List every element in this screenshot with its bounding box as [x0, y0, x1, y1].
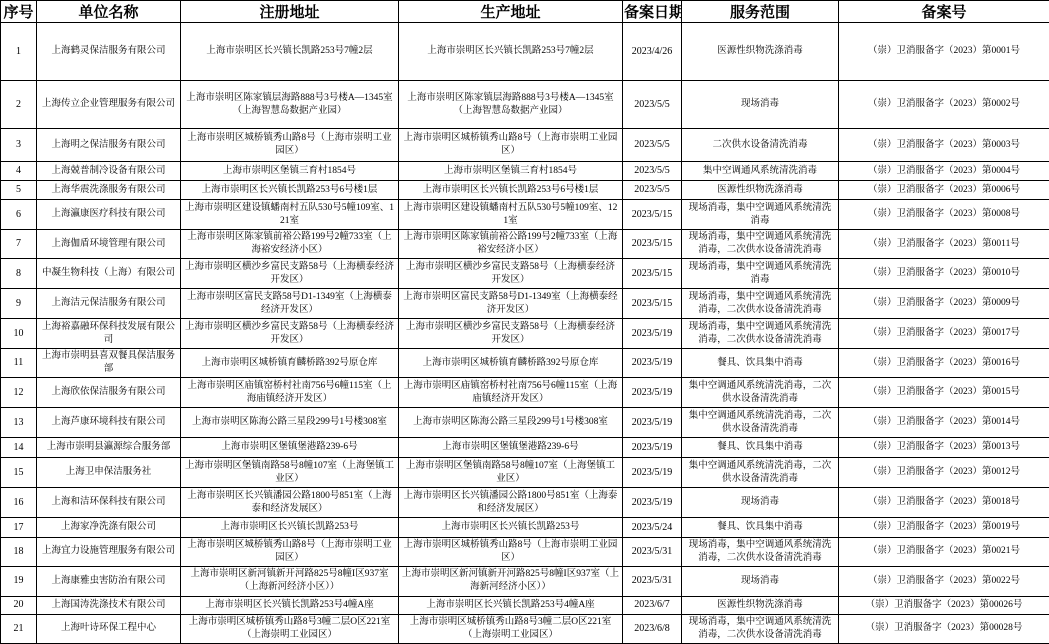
cell-registered-address: 上海市崇明区堡镇三育村1854号 — [181, 162, 399, 181]
cell-production-address: 上海市崇明区建设镇蟠南村五队530号5幢109室、121室 — [399, 200, 623, 230]
cell-filing-number: （崇）卫消服备字（2023）第0021号 — [839, 538, 1049, 567]
cell-filing-date: 2023/5/15 — [623, 289, 682, 319]
cell-production-address: 上海市崇明区富民支路58号D1-1349室（上海横泰经济开发区） — [399, 289, 623, 319]
table-row: 5 上海华震洗涤服务有限公司 上海市崇明区长兴镇长凯路253号6号楼1层 上海市… — [1, 181, 1049, 200]
cell-service-scope: 集中空调通风系统清洗消毒，二次供水设备清洗消毒 — [682, 378, 839, 408]
cell-index: 16 — [1, 488, 37, 518]
cell-index: 4 — [1, 162, 37, 181]
cell-registered-address: 上海市崇明区陈海公路三星段299号1号楼308室 — [181, 408, 399, 438]
cell-index: 11 — [1, 349, 37, 378]
table-row: 11 上海市崇明县喜双餐具保洁服务部 上海市崇明区城桥镇育麟桥路392号原仓库 … — [1, 349, 1049, 378]
cell-service-scope: 集中空调通风系统清洗消毒 — [682, 162, 839, 181]
col-header-index: 序号 — [1, 1, 37, 23]
cell-index: 3 — [1, 129, 37, 162]
cell-production-address: 上海市崇明区长兴镇潘园公路1800号851室（上海泰和经济发展区） — [399, 488, 623, 518]
cell-index: 5 — [1, 181, 37, 200]
cell-filing-number: （崇）卫消服备字（2023）第0001号 — [839, 23, 1049, 81]
cell-registered-address: 上海市崇明区陈家镇层海路888号3号楼A—1345室（上海智慧岛数据产业园） — [181, 81, 399, 129]
cell-index: 13 — [1, 408, 37, 438]
cell-filing-number: （崇）卫消服备字（2023）第0010号 — [839, 259, 1049, 289]
cell-index: 7 — [1, 230, 37, 259]
cell-filing-number: （崇）卫消服备字（2023）第0017号 — [839, 319, 1049, 349]
table-row: 16 上海和洁环保科技有限公司 上海市崇明区长兴镇潘园公路1800号851室（上… — [1, 488, 1049, 518]
cell-registered-address: 上海市崇明区新河镇新开河路825号8幢I区937室（上海新河经济小区）） — [181, 566, 399, 596]
cell-index: 17 — [1, 518, 37, 538]
cell-production-address: 上海市崇明区长兴镇长凯路253号7幢2层 — [399, 23, 623, 81]
cell-unit-name: 上海家净洗涤有限公司 — [37, 518, 181, 538]
table-row: 8 中凝生物科技（上海）有限公司 上海市崇明区横沙乡富民支路58号（上海横泰经济… — [1, 259, 1049, 289]
cell-registered-address: 上海市崇明区城桥镇秀山路8号3幢二层O区221室（上海崇明工业园区） — [181, 614, 399, 643]
cell-index: 12 — [1, 378, 37, 408]
cell-filing-number: （崇）卫消服备字（2023）第0008号 — [839, 200, 1049, 230]
cell-unit-name: 上海伽盾环境管理有限公司 — [37, 230, 181, 259]
table-row: 4 上海兢普制冷设备有限公司 上海市崇明区堡镇三育村1854号 上海市崇明区堡镇… — [1, 162, 1049, 181]
cell-unit-name: 上海叶诗环保工程中心 — [37, 614, 181, 643]
cell-unit-name: 上海芦康环境科技有限公司 — [37, 408, 181, 438]
col-header-filing-number: 备案号 — [839, 1, 1049, 23]
cell-registered-address: 上海市崇明区横沙乡富民支路58号（上海横泰经济开发区） — [181, 319, 399, 349]
table-row: 3 上海明之保洁服务有限公司 上海市崇明区城桥镇秀山路8号（上海市崇明工业园区）… — [1, 129, 1049, 162]
cell-filing-date: 2023/4/26 — [623, 23, 682, 81]
cell-filing-date: 2023/5/24 — [623, 518, 682, 538]
cell-registered-address: 上海市崇明区长兴镇潘园公路1800号851室（上海泰和经济发展区） — [181, 488, 399, 518]
cell-index: 9 — [1, 289, 37, 319]
cell-registered-address: 上海市崇明区陈家镇前裕公路199号2幢733室（上海裕安经济小区） — [181, 230, 399, 259]
cell-production-address: 上海市崇明区堡镇三育村1854号 — [399, 162, 623, 181]
cell-unit-name: 上海市崇明县瀛源综合服务部 — [37, 438, 181, 458]
header-row: 序号 单位名称 注册地址 生产地址 备案日期 服务范围 备案号 — [1, 1, 1049, 23]
cell-service-scope: 医源性织物洗涤消毒 — [682, 181, 839, 200]
table-row: 2 上海传立企业管理服务有限公司 上海市崇明区陈家镇层海路888号3号楼A—13… — [1, 81, 1049, 129]
cell-filing-number: （崇）卫消服备字（2023）第0016号 — [839, 349, 1049, 378]
cell-unit-name: 上海传立企业管理服务有限公司 — [37, 81, 181, 129]
cell-production-address: 上海市崇明区横沙乡富民支路58号（上海横泰经济开发区） — [399, 319, 623, 349]
disinfection-service-filing-table: 序号 单位名称 注册地址 生产地址 备案日期 服务范围 备案号 1 上海鹤灵保洁… — [0, 0, 1049, 644]
cell-filing-number: （崇）卫消服备字（2023）第0002号 — [839, 81, 1049, 129]
cell-filing-number: （崇）卫消服备字（2023）第0011号 — [839, 230, 1049, 259]
cell-unit-name: 上海和洁环保科技有限公司 — [37, 488, 181, 518]
col-header-service-scope: 服务范围 — [682, 1, 839, 23]
table-row: 19 上海康雅虫害防治有限公司 上海市崇明区新河镇新开河路825号8幢I区937… — [1, 566, 1049, 596]
cell-production-address: 上海市崇明区堡镇堡港路239-6号 — [399, 438, 623, 458]
table-row: 9 上海洁元保洁服务有限公司 上海市崇明区富民支路58号D1-1349室（上海横… — [1, 289, 1049, 319]
table-row: 6 上海瀛康医疗科技有限公司 上海市崇明区建设镇蟠南村五队530号5幢109室、… — [1, 200, 1049, 230]
cell-service-scope: 集中空调通风系统清洗消毒，二次供水设备清洗消毒 — [682, 458, 839, 488]
cell-registered-address: 上海市崇明区城桥镇秀山路8号（上海市崇明工业园区） — [181, 538, 399, 567]
cell-service-scope: 现场消毒 — [682, 81, 839, 129]
table-row: 15 上海卫申保洁服务社 上海市崇明区堡镇南路58号8幢107室（上海堡镇工业区… — [1, 458, 1049, 488]
cell-service-scope: 餐具、饮具集中消毒 — [682, 438, 839, 458]
cell-service-scope: 二次供水设备清洗消毒 — [682, 129, 839, 162]
cell-production-address: 上海市崇明区陈海公路三星段299号1号楼308室 — [399, 408, 623, 438]
cell-unit-name: 上海康雅虫害防治有限公司 — [37, 566, 181, 596]
cell-production-address: 上海市崇明区庙镇窑桥村社南756号6幢115室（上海庙镇经济开发区） — [399, 378, 623, 408]
cell-filing-number: （崇）卫消服备字（2023）第00026号 — [839, 596, 1049, 614]
cell-service-scope: 现场消毒，集中空调通风系统清洗消毒，二次供水设备清洗消毒 — [682, 230, 839, 259]
cell-unit-name: 中凝生物科技（上海）有限公司 — [37, 259, 181, 289]
cell-filing-number: （崇）卫消服备字（2023）第0015号 — [839, 378, 1049, 408]
table-body: 1 上海鹤灵保洁服务有限公司 上海市崇明区长兴镇长凯路253号7幢2层 上海市崇… — [1, 23, 1049, 644]
cell-filing-date: 2023/5/5 — [623, 81, 682, 129]
table-row: 17 上海家净洗涤有限公司 上海市崇明区长兴镇长凯路253号 上海市崇明区长兴镇… — [1, 518, 1049, 538]
cell-production-address: 上海市崇明区陈家镇前裕公路199号2幢733室（上海裕安经济小区） — [399, 230, 623, 259]
cell-filing-date: 2023/5/19 — [623, 458, 682, 488]
cell-filing-number: （崇）卫消服备字（2023）第0014号 — [839, 408, 1049, 438]
cell-registered-address: 上海市崇明区城桥镇秀山路8号（上海市崇明工业园区） — [181, 129, 399, 162]
cell-unit-name: 上海洁元保洁服务有限公司 — [37, 289, 181, 319]
cell-unit-name: 上海市崇明县喜双餐具保洁服务部 — [37, 349, 181, 378]
cell-filing-date: 2023/5/19 — [623, 438, 682, 458]
cell-service-scope: 现场消毒，集中空调通风系统清洗消毒，二次供水设备清洗消毒 — [682, 319, 839, 349]
cell-unit-name: 上海鹤灵保洁服务有限公司 — [37, 23, 181, 81]
cell-service-scope: 现场消毒，集中空调通风系统清洗消毒 — [682, 200, 839, 230]
cell-unit-name: 上海裕嘉融环保科技发展有限公司 — [37, 319, 181, 349]
cell-production-address: 上海市崇明区新河镇新开河路825号8幢I区937室（上海新河经济小区）） — [399, 566, 623, 596]
table-row: 7 上海伽盾环境管理有限公司 上海市崇明区陈家镇前裕公路199号2幢733室（上… — [1, 230, 1049, 259]
cell-registered-address: 上海市崇明区横沙乡富民支路58号（上海横泰经济开发区） — [181, 259, 399, 289]
cell-registered-address: 上海市崇明区庙镇窑桥村社南756号6幢115室（上海庙镇经济开发区） — [181, 378, 399, 408]
cell-unit-name: 上海欣依保洁服务有限公司 — [37, 378, 181, 408]
cell-filing-date: 2023/5/5 — [623, 162, 682, 181]
cell-filing-date: 2023/5/15 — [623, 230, 682, 259]
cell-service-scope: 现场消毒 — [682, 488, 839, 518]
cell-filing-date: 2023/5/31 — [623, 538, 682, 567]
col-header-registered-address: 注册地址 — [181, 1, 399, 23]
cell-unit-name: 上海兢普制冷设备有限公司 — [37, 162, 181, 181]
cell-filing-date: 2023/5/15 — [623, 200, 682, 230]
table-row: 14 上海市崇明县瀛源综合服务部 上海市崇明区堡镇堡港路239-6号 上海市崇明… — [1, 438, 1049, 458]
cell-filing-date: 2023/5/15 — [623, 259, 682, 289]
cell-filing-number: （崇）卫消服备字（2023）第0012号 — [839, 458, 1049, 488]
cell-filing-number: （崇）卫消服备字（2023）第0009号 — [839, 289, 1049, 319]
cell-service-scope: 现场消毒 — [682, 566, 839, 596]
table-row: 21 上海叶诗环保工程中心 上海市崇明区城桥镇秀山路8号3幢二层O区221室（上… — [1, 614, 1049, 643]
table-row: 1 上海鹤灵保洁服务有限公司 上海市崇明区长兴镇长凯路253号7幢2层 上海市崇… — [1, 23, 1049, 81]
cell-unit-name: 上海宜力设施管理服务有限公司 — [37, 538, 181, 567]
cell-production-address: 上海市崇明区陈家镇层海路888号3号楼A—1345室（上海智慧岛数据产业园） — [399, 81, 623, 129]
cell-production-address: 上海市崇明区城桥镇秀山路8号（上海市崇明工业园区） — [399, 538, 623, 567]
cell-service-scope: 医源性织物洗涤消毒 — [682, 23, 839, 81]
cell-service-scope: 餐具、饮具集中消毒 — [682, 349, 839, 378]
cell-index: 14 — [1, 438, 37, 458]
cell-filing-date: 2023/5/31 — [623, 566, 682, 596]
cell-index: 19 — [1, 566, 37, 596]
cell-service-scope: 集中空调通风系统清洗消毒，二次供水设备清洗消毒 — [682, 408, 839, 438]
col-header-filing-date: 备案日期 — [623, 1, 682, 23]
table-row: 13 上海芦康环境科技有限公司 上海市崇明区陈海公路三星段299号1号楼308室… — [1, 408, 1049, 438]
cell-unit-name: 上海明之保洁服务有限公司 — [37, 129, 181, 162]
cell-filing-number: （崇）卫消服备字（2023）第0019号 — [839, 518, 1049, 538]
cell-registered-address: 上海市崇明区长兴镇长凯路253号7幢2层 — [181, 23, 399, 81]
cell-production-address: 上海市崇明区长兴镇长凯路253号 — [399, 518, 623, 538]
cell-production-address: 上海市崇明区长兴镇长凯路253号6号楼1层 — [399, 181, 623, 200]
cell-service-scope: 现场消毒，集中空调通风系统清洗消毒，二次供水设备清洗消毒 — [682, 289, 839, 319]
table-header: 序号 单位名称 注册地址 生产地址 备案日期 服务范围 备案号 — [1, 1, 1049, 23]
cell-index: 15 — [1, 458, 37, 488]
table-row: 20 上海国涛洗涤技术有限公司 上海市崇明区长兴镇长凯路253号4幢A座 上海市… — [1, 596, 1049, 614]
cell-index: 2 — [1, 81, 37, 129]
table-row: 10 上海裕嘉融环保科技发展有限公司 上海市崇明区横沙乡富民支路58号（上海横泰… — [1, 319, 1049, 349]
cell-service-scope: 现场消毒，集中空调通风系统清洗消毒，二次供水设备清洗消毒 — [682, 538, 839, 567]
cell-index: 20 — [1, 596, 37, 614]
cell-registered-address: 上海市崇明区长兴镇长凯路253号4幢A座 — [181, 596, 399, 614]
cell-filing-number: （崇）卫消服备字（2023）第0004号 — [839, 162, 1049, 181]
cell-index: 18 — [1, 538, 37, 567]
cell-filing-date: 2023/5/19 — [623, 349, 682, 378]
cell-filing-date: 2023/5/19 — [623, 378, 682, 408]
cell-registered-address: 上海市崇明区堡镇堡港路239-6号 — [181, 438, 399, 458]
cell-unit-name: 上海华震洗涤服务有限公司 — [37, 181, 181, 200]
cell-registered-address: 上海市崇明区长兴镇长凯路253号 — [181, 518, 399, 538]
cell-service-scope: 现场消毒，集中空调通风系统清洗消毒，二次供水设备清洗消毒 — [682, 614, 839, 643]
cell-production-address: 上海市崇明区城桥镇秀山路8号3幢二层O区221室（上海崇明工业园区） — [399, 614, 623, 643]
cell-registered-address: 上海市崇明区长兴镇长凯路253号6号楼1层 — [181, 181, 399, 200]
cell-service-scope: 医源性织物洗涤消毒 — [682, 596, 839, 614]
cell-filing-number: （崇）卫消服备字（2023）第0018号 — [839, 488, 1049, 518]
table-row: 12 上海欣依保洁服务有限公司 上海市崇明区庙镇窑桥村社南756号6幢115室（… — [1, 378, 1049, 408]
cell-filing-date: 2023/5/19 — [623, 408, 682, 438]
table-row: 18 上海宜力设施管理服务有限公司 上海市崇明区城桥镇秀山路8号（上海市崇明工业… — [1, 538, 1049, 567]
cell-filing-number: （崇）卫消服备字（2023）第00028号 — [839, 614, 1049, 643]
cell-index: 8 — [1, 259, 37, 289]
cell-filing-number: （崇）卫消服备字（2023）第0003号 — [839, 129, 1049, 162]
cell-index: 1 — [1, 23, 37, 81]
cell-filing-date: 2023/5/5 — [623, 129, 682, 162]
cell-service-scope: 餐具、饮具集中消毒 — [682, 518, 839, 538]
cell-unit-name: 上海瀛康医疗科技有限公司 — [37, 200, 181, 230]
cell-service-scope: 现场消毒，集中空调通风系统清洗消毒 — [682, 259, 839, 289]
cell-filing-date: 2023/6/8 — [623, 614, 682, 643]
cell-unit-name: 上海国涛洗涤技术有限公司 — [37, 596, 181, 614]
cell-filing-date: 2023/5/5 — [623, 181, 682, 200]
cell-unit-name: 上海卫申保洁服务社 — [37, 458, 181, 488]
cell-registered-address: 上海市崇明区城桥镇育麟桥路392号原仓库 — [181, 349, 399, 378]
cell-index: 6 — [1, 200, 37, 230]
cell-filing-date: 2023/5/19 — [623, 319, 682, 349]
col-header-unit-name: 单位名称 — [37, 1, 181, 23]
cell-registered-address: 上海市崇明区建设镇蟠南村五队530号5幢109室、121室 — [181, 200, 399, 230]
cell-filing-date: 2023/6/7 — [623, 596, 682, 614]
cell-production-address: 上海市崇明区城桥镇秀山路8号（上海市崇明工业园区） — [399, 129, 623, 162]
cell-index: 21 — [1, 614, 37, 643]
cell-filing-number: （崇）卫消服备字（2023）第0013号 — [839, 438, 1049, 458]
cell-production-address: 上海市崇明区城桥镇育麟桥路392号原仓库 — [399, 349, 623, 378]
col-header-production-address: 生产地址 — [399, 1, 623, 23]
cell-filing-date: 2023/5/19 — [623, 488, 682, 518]
cell-filing-number: （崇）卫消服备字（2023）第0022号 — [839, 566, 1049, 596]
cell-registered-address: 上海市崇明区堡镇南路58号8幢107室（上海堡镇工业区） — [181, 458, 399, 488]
cell-filing-number: （崇）卫消服备字（2023）第0006号 — [839, 181, 1049, 200]
cell-production-address: 上海市崇明区堡镇南路58号8幢107室（上海堡镇工业区） — [399, 458, 623, 488]
cell-index: 10 — [1, 319, 37, 349]
cell-production-address: 上海市崇明区横沙乡富民支路58号（上海横泰经济开发区） — [399, 259, 623, 289]
cell-registered-address: 上海市崇明区富民支路58号D1-1349室（上海横泰经济开发区） — [181, 289, 399, 319]
cell-production-address: 上海市崇明区长兴镇长凯路253号4幢A座 — [399, 596, 623, 614]
